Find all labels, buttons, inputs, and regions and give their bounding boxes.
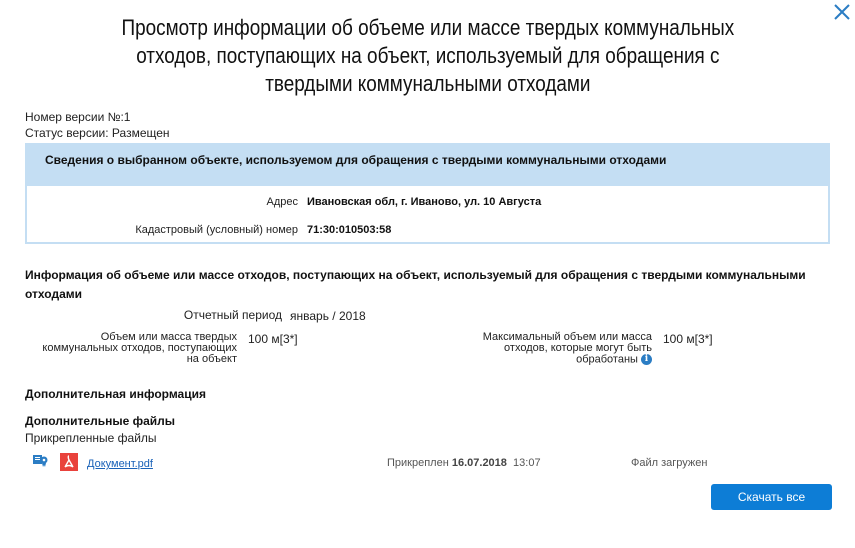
additional-files-heading: Дополнительные файлы [25,414,175,428]
attached-info: Прикреплен 16.07.2018 13:07 [387,457,541,469]
period-value: январь / 2018 [290,309,366,323]
cadastral-label: Кадастровый (условный) номер [135,224,298,236]
version-number: Номер версии №:1 [25,110,130,124]
file-row: Документ.pdf Прикреплен 16.07.2018 13:07… [33,453,833,473]
attached-prefix: Прикреплен [387,457,449,469]
close-button[interactable] [832,2,852,22]
max-volume-value: 100 м[3*] [663,332,713,346]
file-link[interactable]: Документ.pdf [87,458,153,470]
pdf-icon [60,453,78,471]
volume-label: Объем или масса твердых коммунальных отх… [30,332,237,365]
additional-info-heading: Дополнительная информация [25,387,206,401]
cadastral-value: 71:30:010503:58 [307,224,391,236]
close-icon [832,2,852,22]
object-panel: Сведения о выбранном объекте, используем… [25,143,830,244]
dialog-title: Просмотр информации об объеме или массе … [60,14,795,98]
object-panel-heading: Сведения о выбранном объекте, используем… [27,145,828,186]
signature-icon[interactable] [33,455,48,467]
max-volume-label: Максимальный объем или масса отходов, ко… [480,332,652,365]
volume-value: 100 м[3*] [248,332,298,346]
waste-info-heading: Информация об объеме или массе отходов, … [25,266,825,304]
dialog-title-text: Просмотр информации об объеме или массе … [101,14,755,98]
period-label: Отчетный период [150,310,282,321]
attached-time: 13:07 [513,457,541,469]
max-volume-label-text: Максимальный объем или масса отходов, ко… [483,331,652,365]
address-label: Адрес [267,196,299,208]
attached-files-label: Прикрепленные файлы [25,431,157,445]
address-value: Ивановская обл, г. Иваново, ул. 10 Авгус… [307,196,541,208]
info-icon[interactable]: i [641,354,652,365]
download-all-button[interactable]: Скачать все [711,484,832,510]
version-status: Статус версии: Размещен [25,126,170,140]
attached-date: 16.07.2018 [452,457,507,469]
file-status: Файл загружен [631,457,707,469]
